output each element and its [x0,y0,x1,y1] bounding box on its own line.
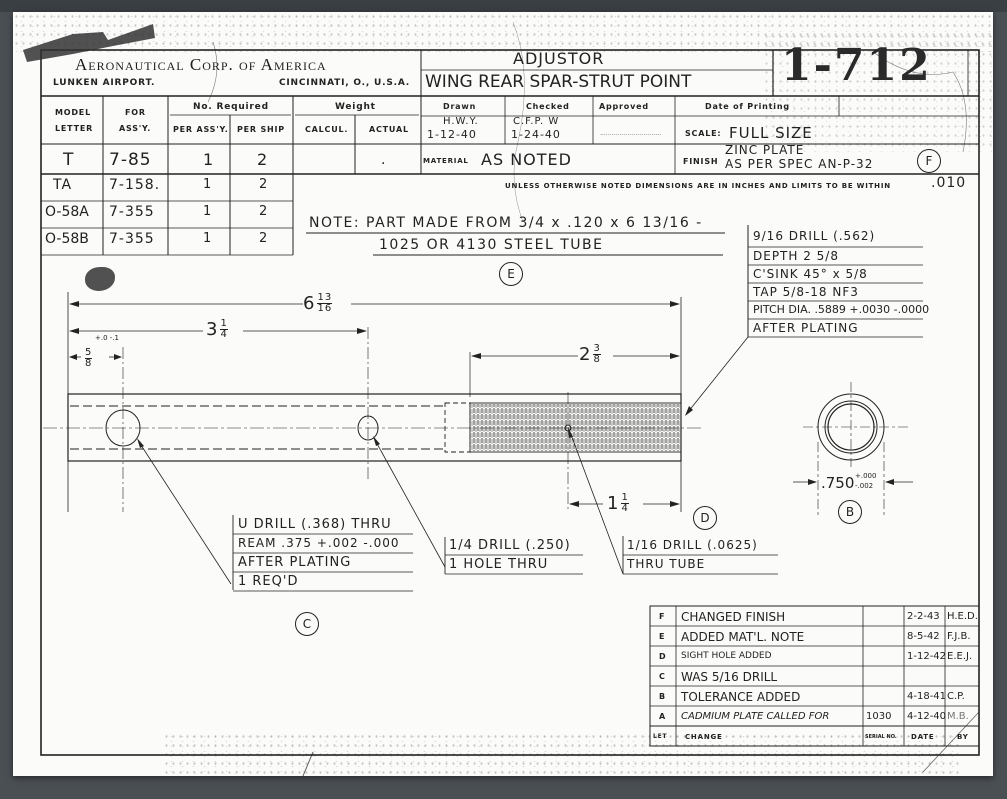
revision-change: TOLERANCE ADDED [681,690,800,704]
checked-by: C.F.P. W [513,116,559,127]
sight-hole-callout-line: THRU TUBE [627,557,705,571]
revision-by: M.B. [947,711,969,722]
material-value: AS NOTED [481,150,572,169]
hole-c-callout-line: U DRILL (.368) THRU [238,517,392,532]
per-assy-cell: 1 [203,231,212,246]
engineering-drawing-sheet: Aeronautical Corp. of America LUNKEN AIR… [13,12,993,776]
dimension-fraction: 58 [85,348,92,369]
finish-revision-marker: F [917,149,941,173]
viewer-top-bar [0,0,1007,12]
model-cell: T [63,150,74,170]
per-assy-cell: 1 [203,177,212,192]
per-ship-cell: 2 [257,150,268,169]
dimension-thread-length: 2 38 [579,344,601,365]
assy-cell: 7-85 [109,150,152,170]
revision-date: 2-2-43 [907,611,940,622]
drawing-number: 1-712 [781,40,932,91]
dimension-fraction: 38 [593,344,600,365]
revision-date: 8-5-42 [907,631,940,642]
revision-date: 4-18-41 [907,691,946,702]
revision-letter: F [659,612,665,621]
header-checked: Checked [526,102,570,111]
tube-od-dimension: .750 [821,474,854,492]
header-date-of-printing: Date of Printing [705,102,790,111]
tolerance-value: .010 [931,175,966,191]
denominator: 4 [220,330,227,340]
revision-by: E.E.J. [947,651,972,662]
scale-label: SCALE: [685,129,721,138]
end-view-revision-marker: B [838,500,862,524]
revision-letter: E [659,632,665,641]
model-cell: O-58A [45,204,89,220]
hole-c-callout-line: 1 REQ'D [238,574,298,589]
finish-line1: ZINC PLATE [725,143,804,157]
header-actual: ACTUAL [369,125,409,134]
tube-od-tol-plus: +.000 [855,472,876,480]
assy-cell: 7-355 [109,231,155,247]
header-per-ship: PER SHIP [237,125,285,134]
material-note-line1: NOTE: PART MADE FROM 3/4 x .120 x 6 13/1… [309,215,703,231]
model-cell: TA [53,177,72,193]
revision-change: CADMIUM PLATE CALLED FOR [681,711,829,722]
header-calcul: CALCUL. [305,125,348,134]
assy-cell: 7-355 [109,204,155,220]
hole-c-callout-line: REAM .375 +.002 -.000 [238,536,399,550]
revision-date: 4-12-40 [907,711,946,722]
company-name: Aeronautical Corp. of America [75,55,327,75]
denominator: 8 [593,355,600,365]
header-no-required: No. Required [193,102,269,112]
revision-by: H.E.D. [947,611,978,622]
dimension-to-second-hole: 3 14 [206,319,228,340]
header-weight: Weight [335,102,376,112]
revision-header-serial: SERIAL NO. [865,734,897,740]
header-model: MODEL [55,108,91,117]
note-revision-marker: E [499,262,523,286]
revision-letter: D [659,652,666,661]
revision-change: WAS 5/16 DRILL [681,670,777,684]
dimension-whole: 6 [303,293,315,314]
sight-hole-revision-marker: D [693,506,717,530]
denominator: 16 [317,304,332,314]
revision-change: SIGHT HOLE ADDED [681,651,772,661]
dimension-fraction: 14 [220,319,227,340]
model-cell: O-58B [45,231,89,247]
header-drawn: Drawn [443,102,476,111]
per-assy-cell: 1 [203,150,214,169]
part-name-line1: ADJUSTOR [513,49,604,68]
header-per-assy: PER ASS'Y. [173,125,229,134]
revision-header-date: DATE [911,733,934,741]
revision-header-change: CHANGE [685,733,723,741]
revision-by: F.J.B. [947,631,971,642]
tap-callout-line: DEPTH 2 5/8 [753,249,839,263]
tap-callout-line: TAP 5/8-18 NF3 [753,285,859,299]
revision-letter: B [659,692,666,701]
location-right: CINCINNATI, O., U.S.A. [279,78,410,88]
denominator: 4 [621,504,628,514]
header-assy: ASS'Y. [119,124,151,133]
drawn-date: 1-12-40 [427,128,477,141]
scale-value: FULL SIZE [729,124,813,142]
header-for: FOR [125,108,146,117]
approved-signature [601,122,666,135]
dimension-overall: 6 1316 [303,293,332,314]
hole-c-revision-marker: C [295,612,319,636]
dimension-whole: 3 [206,319,218,340]
hole-c-callout-line: AFTER PLATING [238,555,351,570]
revision-header-let: LET [653,733,667,740]
location-left: LUNKEN AIRPORT. [53,78,155,88]
dimension-fraction: 1316 [317,293,332,314]
quarter-drill-callout-line: 1 HOLE THRU [449,557,548,572]
revision-serial: 1030 [866,711,891,722]
tap-callout-line: AFTER PLATING [753,321,859,335]
quarter-drill-callout-line: 1/4 DRILL (.250) [449,538,571,553]
tap-callout-line: 9/16 DRILL (.562) [753,229,875,243]
revision-by: C.P. [947,691,965,702]
per-ship-cell: 2 [259,204,268,219]
finish-line2: AS PER SPEC AN-P-32 [725,157,873,171]
revision-change: CHANGED FINISH [681,610,785,624]
tolerance-note: UNLESS OTHERWISE NOTED DIMENSIONS ARE IN… [505,182,891,190]
per-ship-cell: 2 [259,231,268,246]
header-letter: LETTER [55,124,93,133]
finish-label: FINISH [683,157,718,166]
revision-change: ADDED MAT'L. NOTE [681,630,804,644]
sight-hole-callout-line: 1/16 DRILL (.0625) [627,538,758,552]
revision-header-by: BY [957,733,969,741]
dimension-to-first-hole: 58 [85,348,92,369]
dimension-tolerance: +.0 -.1 [95,334,119,342]
revision-letter: C [659,672,666,681]
part-name-line2: WING REAR SPAR-STRUT POINT [425,72,691,92]
drawn-by: H.W.Y. [443,116,479,127]
tap-callout-line: PITCH DIA. .5889 +.0030 -.0000 [753,303,929,316]
material-label: MATERIAL [423,157,469,165]
material-note-line2: 1025 OR 4130 STEEL TUBE [379,237,603,253]
tap-callout-line: C'SINK 45° x 5/8 [753,267,868,281]
actual-weight-cell: . [381,152,386,168]
denominator: 8 [85,359,92,369]
checked-date: 1-24-40 [511,128,561,141]
header-approved: Approved [599,102,649,111]
tube-od-tol-minus: -.002 [855,482,873,490]
drawing-linework [13,12,993,776]
dimension-whole: 2 [579,344,591,365]
dimension-fraction: 14 [621,493,628,514]
assy-cell: 7-158. [109,177,160,193]
revision-date: 1-12-42 [907,651,946,662]
dimension-sight-hole: 1 14 [607,493,629,514]
per-assy-cell: 1 [203,204,212,219]
revision-letter: A [659,712,666,721]
dimension-whole: 1 [607,493,619,514]
per-ship-cell: 2 [259,177,268,192]
